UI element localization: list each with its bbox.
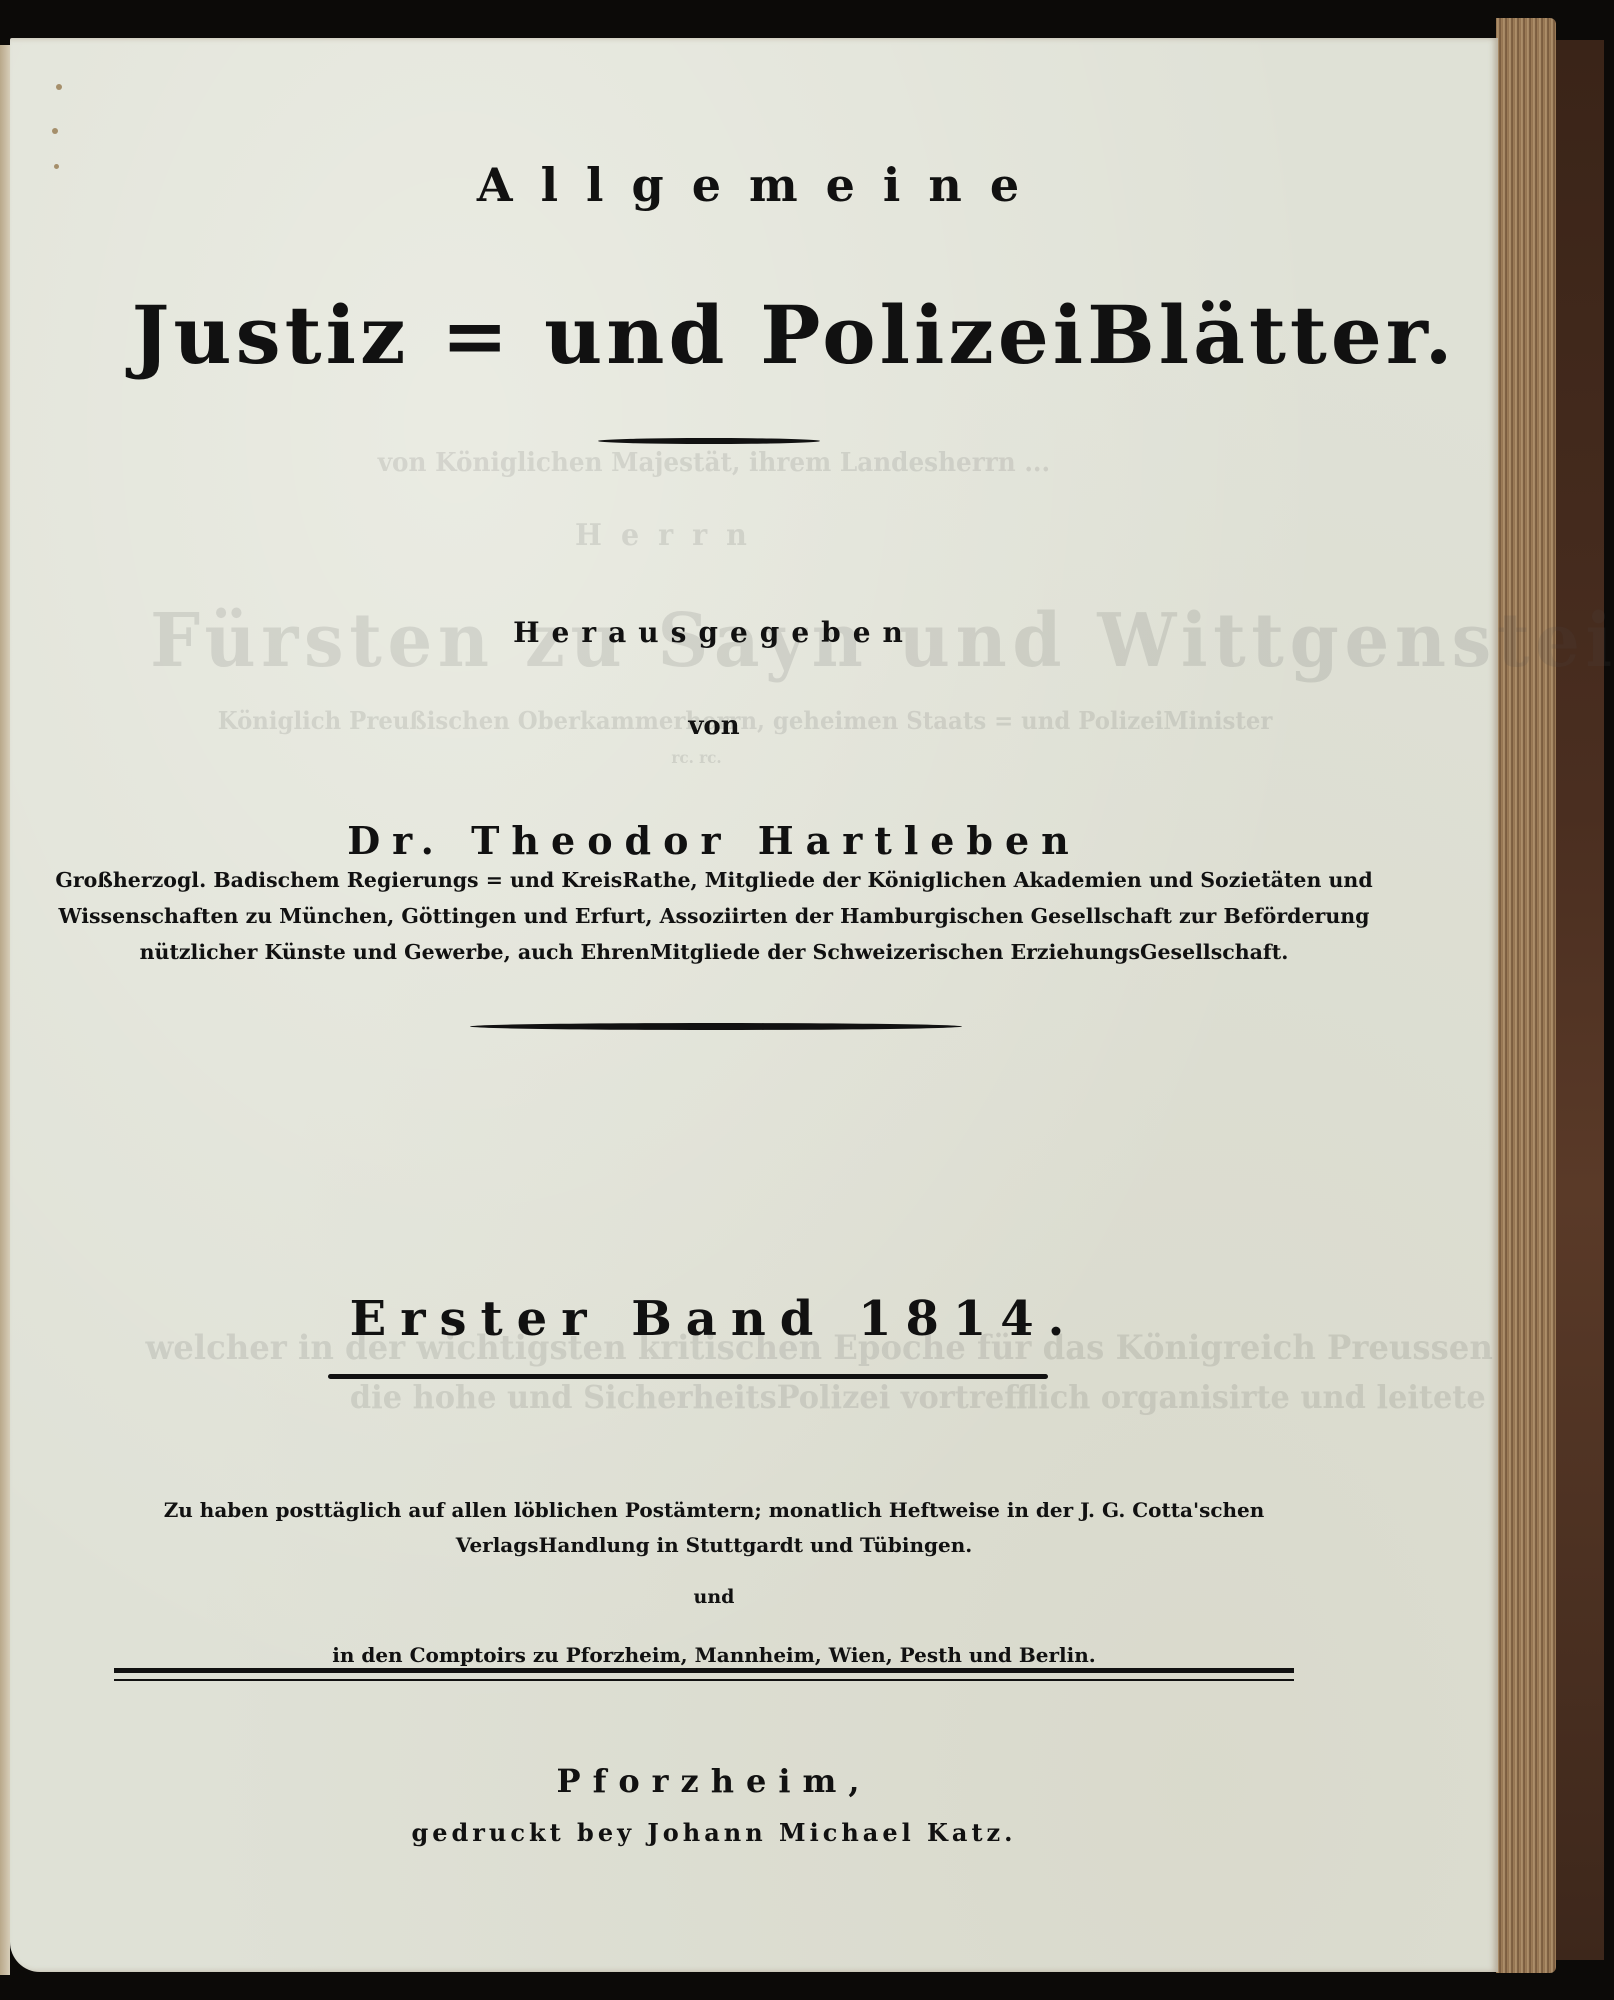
edited-by-label: Herausgegeben: [0, 616, 1458, 649]
title-line-1: Allgemeine: [0, 158, 1506, 212]
bleed-through-line: die hohe und SicherheitsPolizei vortreff…: [350, 1378, 1486, 1416]
author-name: Dr. Theodor Hartleben: [0, 818, 1458, 863]
comptoirs-line: in den Comptoirs zu Pforzheim, Mannheim,…: [0, 1643, 1458, 1667]
decorative-rule: [598, 438, 820, 444]
author-credentials-line: Großherzogl. Badischem Regierungs = und …: [0, 868, 1458, 892]
place-of-publication: Pforzheim,: [0, 1762, 1458, 1800]
double-rule-thin: [114, 1679, 1294, 1681]
volume-rule: [328, 1374, 1048, 1379]
book-cover-board: [1556, 40, 1604, 1960]
author-credentials-line: nützlicher Künste und Gewerbe, auch Ehre…: [0, 940, 1458, 964]
previous-page-edge: [0, 45, 10, 1975]
printer-line: gedruckt bey Johann Michael Katz.: [0, 1818, 1458, 1847]
double-rule-thick: [114, 1668, 1294, 1673]
conjunction-text: und: [0, 1586, 1458, 1608]
volume-title: Erster Band 1814.: [0, 1291, 1458, 1347]
foxing-spot: [56, 84, 62, 90]
bleed-through-line: Herrn: [575, 518, 766, 553]
bleed-through-line: rc. rc.: [671, 748, 721, 767]
decorative-rule: [470, 1023, 962, 1030]
book-scan: von Königlichen Majestät, ihrem Landeshe…: [0, 0, 1614, 2000]
title-page: von Königlichen Majestät, ihrem Landeshe…: [10, 38, 1498, 1972]
by-label: von: [0, 711, 1458, 741]
bleed-through-line: von Königlichen Majestät, ihrem Landeshe…: [378, 448, 1050, 478]
title-line-2: Justiz = und PolizeiBlätter.: [50, 288, 1538, 382]
availability-line: VerlagsHandlung in Stuttgardt und Tübing…: [0, 1533, 1458, 1557]
availability-line: Zu haben posttäglich auf allen löblichen…: [0, 1498, 1458, 1522]
foxing-spot: [52, 128, 58, 134]
author-credentials-line: Wissenschaften zu München, Göttingen und…: [0, 904, 1458, 928]
